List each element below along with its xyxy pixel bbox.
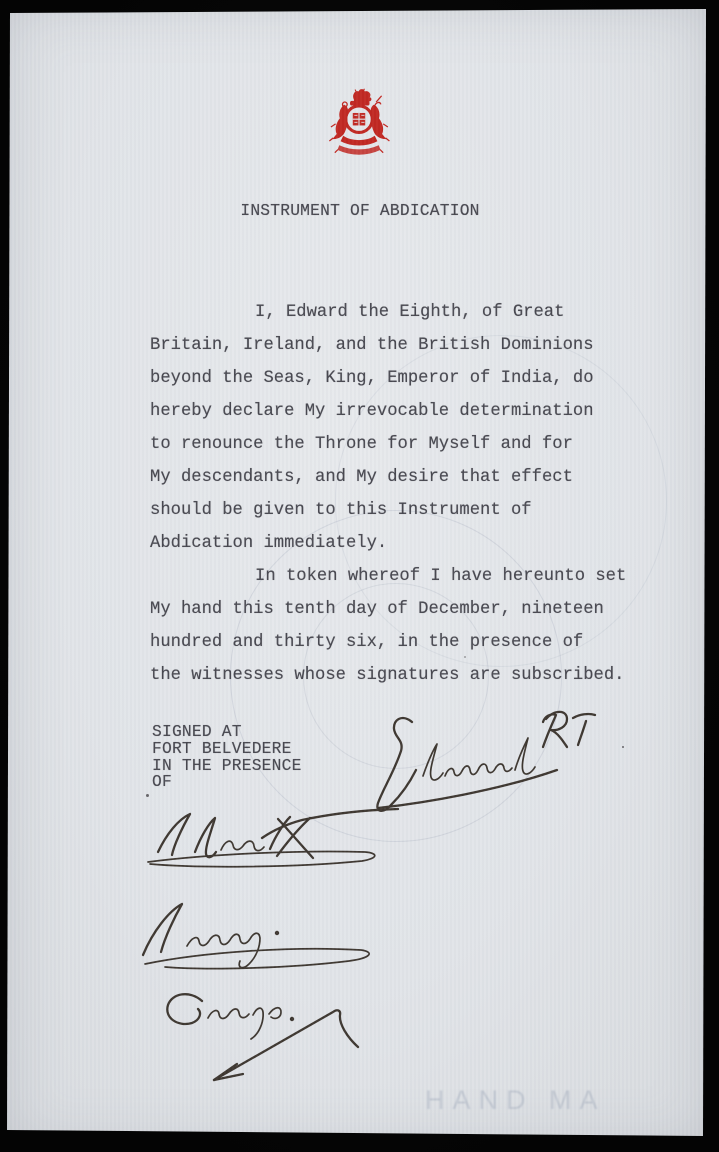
body-line: In token whereof I have hereunto set <box>150 560 625 593</box>
signed-at-block: SIGNED AT FORT BELVEDERE IN THE PRESENCE… <box>152 724 302 791</box>
ink-speck <box>622 746 624 748</box>
body-line: beyond the Seas, King, Emperor of India,… <box>150 362 625 395</box>
body-line: Abdication immediately. <box>150 527 625 560</box>
signed-at-line: OF <box>152 774 302 791</box>
body-line: My descendants, and My desire that effec… <box>150 461 625 494</box>
body-line: hundred and thirty six, in the presence … <box>150 626 625 659</box>
coat-of-arms-svg <box>318 88 400 166</box>
ink-speck <box>464 656 466 658</box>
document-title: INSTRUMENT OF ABDICATION <box>143 201 577 220</box>
signature-henry <box>133 898 383 976</box>
papermaker-watermark: HAND MA <box>425 1085 705 1116</box>
body-line: to renounce the Throne for Myself and fo… <box>150 428 625 461</box>
body-line: I, Edward the Eighth, of Great <box>150 296 625 329</box>
signature-albert <box>140 806 405 870</box>
body-line: Britain, Ireland, and the British Domini… <box>150 329 625 362</box>
signed-at-line: IN THE PRESENCE <box>152 758 302 775</box>
document-body: I, Edward the Eighth, of Great Britain, … <box>150 296 625 692</box>
document-paper: HAND MA <box>0 0 719 1152</box>
body-line: hereby declare My irrevocable determinat… <box>150 395 625 428</box>
signature-edward-ri <box>365 698 675 818</box>
body-line: should be given to this Instrument of <box>150 494 625 527</box>
body-line: the witnesses whose signatures are subsc… <box>150 659 625 692</box>
body-line: My hand this tenth day of December, nine… <box>150 593 625 626</box>
royal-coat-of-arms-icon <box>318 88 400 166</box>
signature-george <box>150 985 372 1090</box>
ink-speck <box>146 794 149 797</box>
photo-background: HAND MA <box>0 0 719 1152</box>
